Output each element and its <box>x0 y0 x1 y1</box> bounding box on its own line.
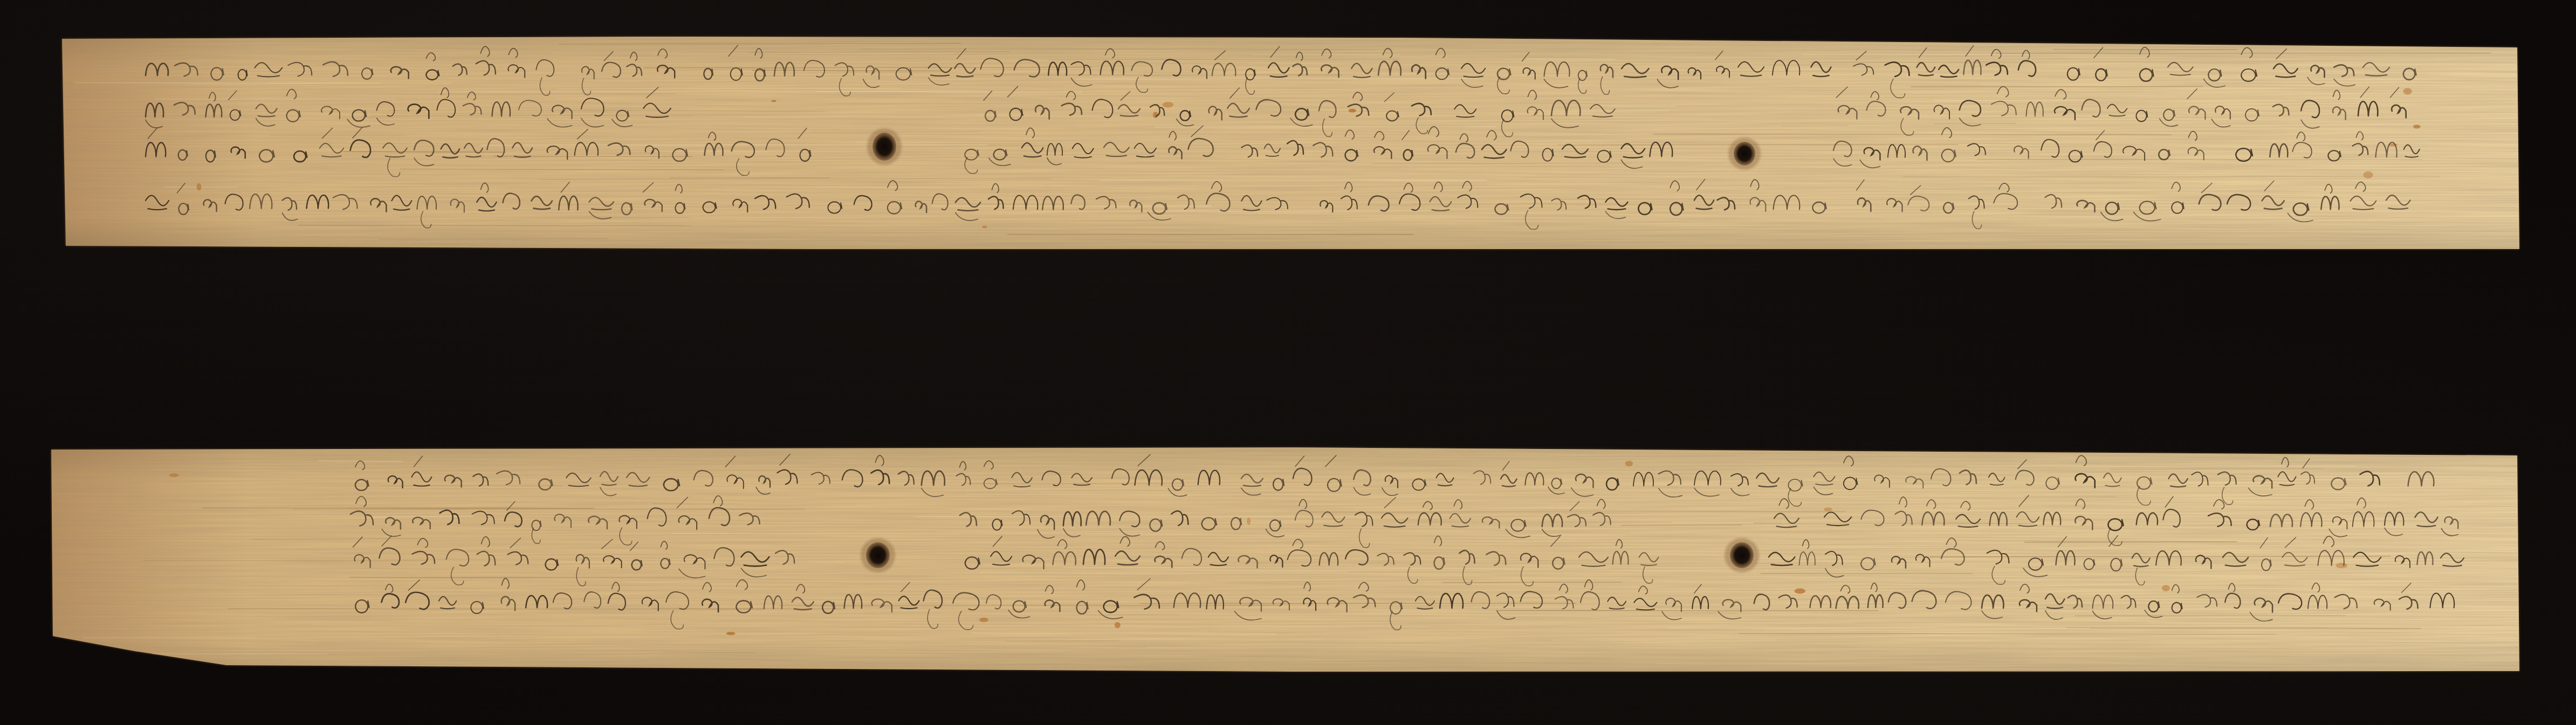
leaf-bottom <box>51 447 2519 672</box>
binding-hole <box>1734 142 1755 165</box>
binding-hole <box>1730 542 1754 568</box>
manuscript-photo <box>0 0 2576 725</box>
binding-hole <box>873 133 896 161</box>
binding-hole <box>866 542 890 568</box>
black-cloth-background <box>0 0 2576 725</box>
leaf-top <box>62 37 2519 249</box>
